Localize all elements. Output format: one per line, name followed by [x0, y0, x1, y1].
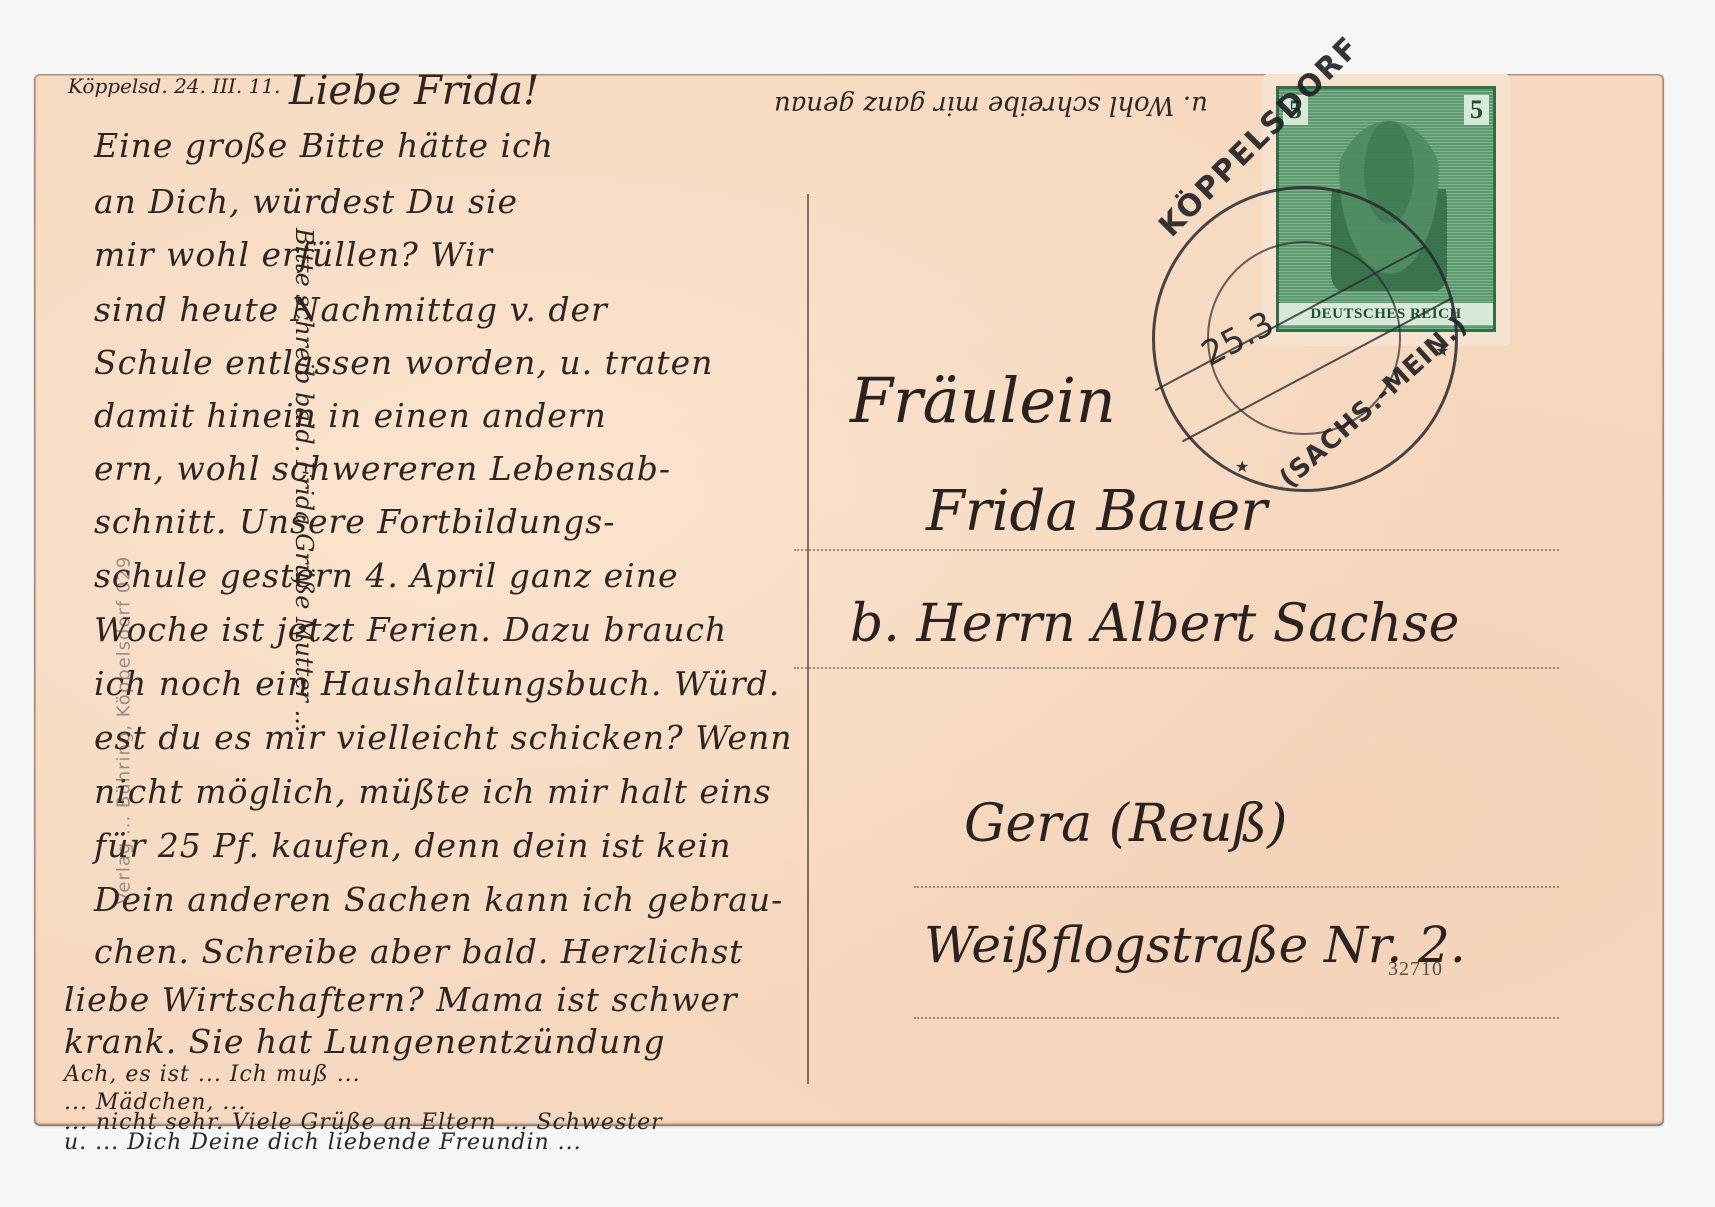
message-line: an Dich, würdest Du sie [94, 182, 518, 221]
address-line [914, 1017, 1559, 1019]
message-line: Woche ist jetzt Ferien. Dazu brauch [94, 610, 727, 649]
message-line: Eine große Bitte hätte ich [94, 126, 554, 165]
message-line: krank. Sie hat Lungenentzündung [64, 1022, 666, 1061]
serial-number: 32710 [1388, 958, 1443, 981]
message-line: Dein anderen Sachen kann ich gebrau- [94, 880, 783, 919]
message-line: für 25 Pf. kaufen, denn dein ist kein [94, 826, 732, 865]
divider-line [807, 194, 809, 1084]
address-care-of: b. Herrn Albert Sachse [850, 594, 1459, 654]
message-line: nicht möglich, müßte ich mir halt eins [94, 772, 772, 811]
message-line: schule gestern 4. April ganz eine [94, 556, 679, 595]
address-line [914, 886, 1559, 888]
message-line: sind heute Nachmittag v. der [94, 290, 608, 329]
address-line [794, 667, 1559, 669]
message-line: chen. Schreibe aber bald. Herzlichst [94, 932, 743, 971]
message-line: damit hinein in einen andern [94, 396, 607, 435]
vertical-margin-note: Bitte schreib bald. Frida Grüße Mutter .… [290, 228, 318, 1128]
message-line: Schule entlassen worden, u. traten [94, 343, 713, 382]
address-city: Gera (Reuß) [964, 794, 1287, 854]
stamp-value-right: 5 [1464, 95, 1489, 125]
postcard: Köppelsd. 24. III. 11. Liebe Frida! Eine… [34, 74, 1664, 1126]
address-name: Frida Bauer [926, 479, 1267, 544]
star-icon: ★ [1235, 457, 1249, 476]
message-line: ern, wohl schwereren Lebensab- [94, 449, 671, 488]
message-line: est du es mir vielleicht schicken? Wenn [94, 718, 792, 757]
address-salutation: Fräulein [850, 364, 1116, 437]
postmark: KÖPPELSDORF 25.3 (SACHS.-MEIN.) ★ ★ [1152, 186, 1458, 492]
message-greeting: Liebe Frida! [289, 68, 539, 114]
address-street: Weißflogstraße Nr. 2. [924, 916, 1466, 974]
message-date: Köppelsd. 24. III. 11. [68, 74, 280, 98]
message-line: liebe Wirtschaftern? Mama ist schwer [64, 980, 738, 1019]
star-icon: ★ [1435, 341, 1449, 360]
message-line: schnitt. Unsere Fortbildungs- [94, 502, 615, 541]
address-line [794, 549, 1559, 551]
message-line: u. ... Dich Deine dich liebende Freundin… [64, 1130, 582, 1155]
upside-down-note: u. Wohl schreibe mir ganz genau [774, 90, 1208, 120]
message-line: ich noch ein Haushaltungsbuch. Würd. [94, 664, 780, 703]
publisher-imprint: Verlag ... Bühring, Köppelsdorf 029 [114, 305, 135, 905]
